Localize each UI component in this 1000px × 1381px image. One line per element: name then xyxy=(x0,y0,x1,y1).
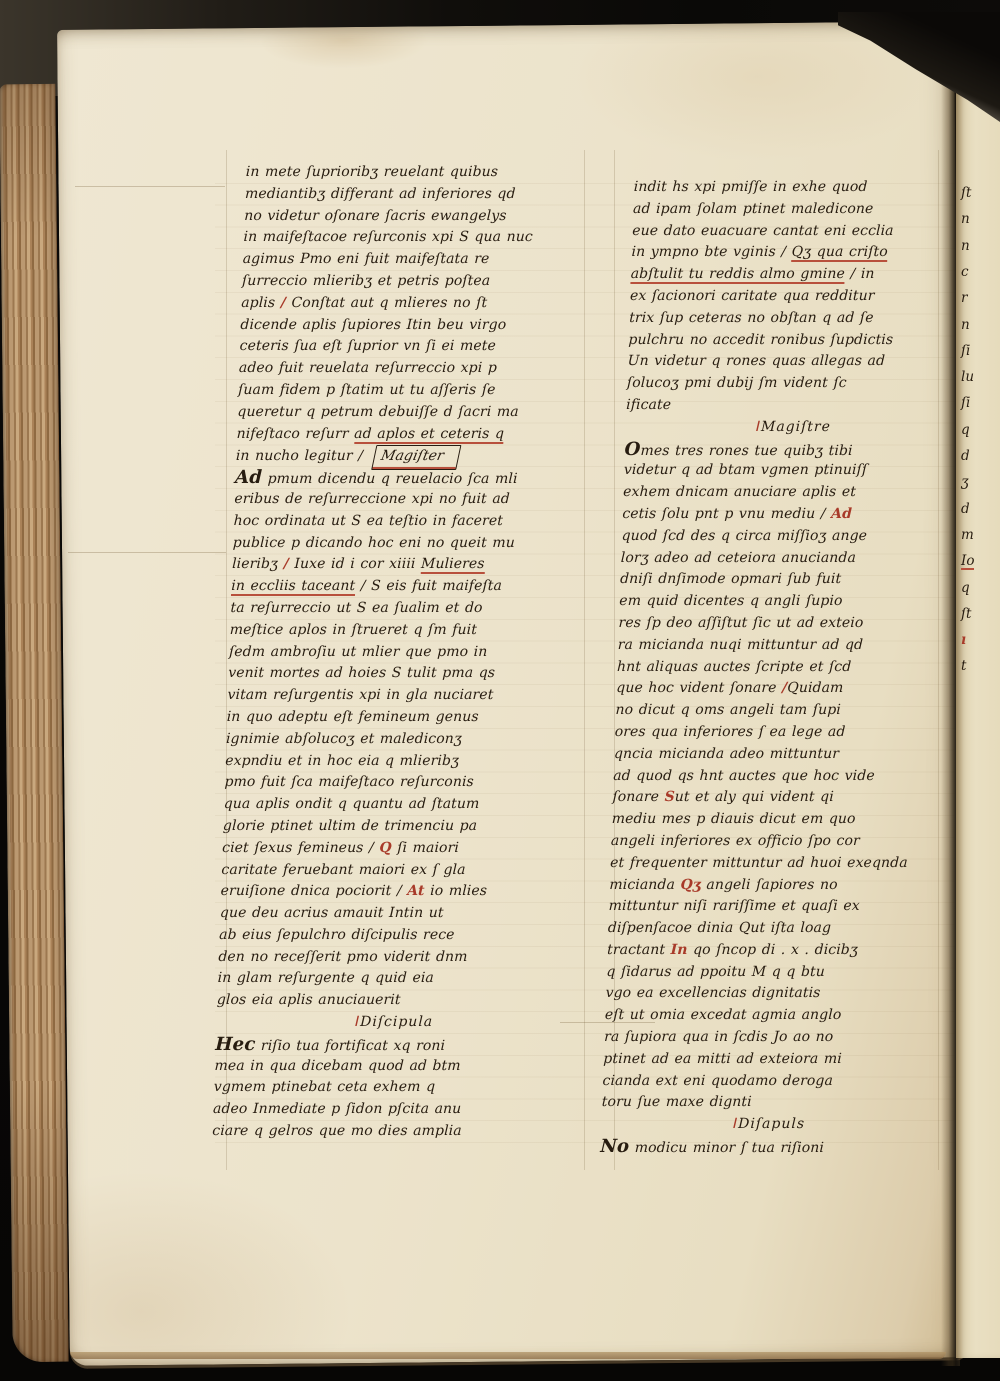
facing-page-text-fragment: r xyxy=(961,291,967,305)
manuscript-line: vitam reſurgentis xpi in gla nuciaret xyxy=(227,685,584,707)
manuscript-line: micianda Qʒ angeli ſapiores no xyxy=(609,875,946,897)
manuscript-line: Omes tres rones tue quibʒ tibi xyxy=(624,439,961,461)
manuscript-line: q ſidarus ad ppoitu M q q btu xyxy=(606,962,943,984)
manuscript-line: trix ſup ceteras no obſtan q ad ſe xyxy=(629,308,966,330)
manuscript-line: agimus Pmo eni fuit maifeſtata re xyxy=(242,249,599,271)
manuscript-line: ſonare Sut et aly qui vident qi xyxy=(612,787,949,809)
manuscript-line: caritate feruebant maiori ex ſ gla xyxy=(221,860,578,882)
facing-page-text-fragment: c xyxy=(961,265,969,279)
manuscript-line: ad quod qs hnt auctes que hoc vide xyxy=(613,766,950,788)
left-column: in mete ſuprioribʒ reuelant quibusmedian… xyxy=(212,162,602,1143)
manuscript-line: queretur q petrum debuiſſe d ſacri ma xyxy=(237,402,594,424)
manuscript-line: in ympno bte vginis / Qʒ qua criſto xyxy=(631,242,968,264)
manuscript-line: cianda ext eni quodamo deroga xyxy=(602,1071,939,1093)
manuscript-line: mediantibʒ differant ad inferiores qd xyxy=(245,184,602,206)
manuscript-line: em quid dicentes q angli ſupio xyxy=(619,591,956,613)
manuscript-line: dniſi dnſimode opmari ſub fuit xyxy=(620,569,957,591)
facing-page-text-fragment: m xyxy=(961,528,974,542)
manuscript-line: in nucho legitur / Magiſter xyxy=(235,445,592,467)
facing-page-text-fragment: q xyxy=(961,423,970,437)
manuscript-line: no dicut q oms angeli tam ſupi xyxy=(615,700,952,722)
manuscript-line: ad ipam ſolam ptinet maledicone xyxy=(633,199,970,221)
margin-ruling-line xyxy=(68,552,226,553)
manuscript-line: Hec riſio tua fortificat xq roni xyxy=(215,1034,572,1056)
facing-page-text-fragment: ı xyxy=(961,633,966,647)
manuscript-line: hoc ordinata ut S ea teſtio in faceret xyxy=(233,511,590,533)
manuscript-line: mea in qua dicebam quod ad btm xyxy=(214,1056,571,1078)
facing-page-text-fragment: d xyxy=(961,502,970,516)
manuscript-line: pulchru no accedit ronibus ſupdictis xyxy=(628,330,965,352)
manuscript-line: in maifeſtacoe reſurconis xpi S qua nuc xyxy=(243,227,600,249)
facing-page-text-fragment: ʒ xyxy=(961,475,969,489)
manuscript-line: cetis ſolu pnt p vnu mediu / Ad xyxy=(622,504,959,526)
facing-page-text-fragment: n xyxy=(961,318,970,332)
manuscript-line: ab eius ſepulchro diſcipulis rece xyxy=(219,925,576,947)
manuscript-line: venit mortes ad hoies S tulit pma qs xyxy=(228,663,585,685)
right-column: indit hs xpi pmiſſe in exhe quodad ipam … xyxy=(600,177,970,1158)
manuscript-line: pmo fuit ſca maifeſtaco reſurconis xyxy=(224,772,581,794)
manuscript-line: tractant In qo ſncop di . x . dicibʒ xyxy=(607,940,944,962)
manuscript-line: ta reſurreccio ut S ea ſualim et do xyxy=(230,598,587,620)
facing-page-text-fragment: Io xyxy=(961,554,974,570)
manuscript-line: in quo adeptu eſt femineum genus xyxy=(226,707,583,729)
manuscript-line: expndiu et in hoc eia q mlieribʒ xyxy=(225,751,582,773)
manuscript-line: toru ſue maxe dignti xyxy=(601,1092,938,1114)
manuscript-line: qncia micianda adeo mittuntur xyxy=(614,744,951,766)
manuscript-line: ciet ſexus femineus / Q ſi maiori xyxy=(222,838,579,860)
manuscript-line: ſolucoʒ pmi dubij ſm vident ſc xyxy=(627,373,964,395)
manuscript-line: videtur q ad btam vgmen ptinuiſſ xyxy=(623,460,960,482)
manuscript-line: no videtur oſonare ſacris ewangelys xyxy=(244,206,601,228)
book-fore-edge-stack xyxy=(0,84,69,1363)
manuscript-line: ſurreccio mlieribʒ et petris poſtea xyxy=(242,271,599,293)
manuscript-line: eribus de reſurreccione xpi no fuit ad xyxy=(234,489,591,511)
manuscript-line: res ſp deo aſſiſtut ſic ut ad exteio xyxy=(618,613,955,635)
manuscript-line: aplis / Conſtat aut q mlieres no ſt xyxy=(241,293,598,315)
manuscript-line: ificate xyxy=(626,395,963,417)
manuscript-line: quod ſcd des q circa miſſioʒ ange xyxy=(621,526,958,548)
section-header-magister: ǀMagiſtre xyxy=(625,417,962,439)
manuscript-line: in mete ſuprioribʒ reuelant quibus xyxy=(245,162,602,184)
manuscript-line: ciare q gelros que mo dies amplia xyxy=(212,1121,569,1143)
manuscript-line: mittuntur niſi rariſſime et quaſi ex xyxy=(608,896,945,918)
manuscript-line: den no receſſerit pmo viderit dnm xyxy=(218,947,575,969)
manuscript-line: que deu acrius amauit Intin ut xyxy=(219,903,576,925)
manuscript-line: ceteris ſua eſt ſuprior vn ſi ei mete xyxy=(239,336,596,358)
manuscript-line: eſt ut omia excedat agmia anglo xyxy=(604,1005,941,1027)
manuscript-line: adeo fuit reuelata reſurreccio xpi p xyxy=(239,358,596,380)
manuscript-line: eruiſione dnica pociorit / At io mlies xyxy=(220,881,577,903)
facing-page-text-fragment: n xyxy=(961,239,970,253)
facing-page-text-fragment: t xyxy=(961,659,966,673)
page-bottom-edge xyxy=(70,1352,946,1359)
manuscript-line: vgo ea excellencias dignitatis xyxy=(605,983,942,1005)
boxed-heading-magister: Magiſter xyxy=(371,445,461,470)
manuscript-line: mediu mes p diauis dicut em quo xyxy=(611,809,948,831)
margin-ruling-line xyxy=(75,186,225,187)
manuscript-line: Ad pmum dicendu q reuelacio ſca mli xyxy=(235,467,592,489)
manuscript-line: abſtulit tu reddis almo gmine / in xyxy=(630,264,967,286)
manuscript-line: nifeſtaco reſurr ad aplos et ceteris q xyxy=(236,424,593,446)
manuscript-line: meſtice aplos in ſtrueret q ſm fuit xyxy=(229,620,586,642)
manuscript-line: ptinet ad ea mitti ad exteiora mi xyxy=(603,1049,940,1071)
manuscript-line: in glam reſurgente q quid eia xyxy=(217,968,574,990)
manuscript-line: que hoc vident ſonare /Quidam xyxy=(616,678,953,700)
manuscript-line: adeo Inmediate p ſidon pſcita anu xyxy=(213,1099,570,1121)
manuscript-line: ſedm ambroſiu ut mlier que pmo in xyxy=(229,642,586,664)
manuscript-line: in eccliis taceant / S eis fuit maifeſta xyxy=(231,576,588,598)
manuscript-line: ignimie abſolucoʒ et malediconʒ xyxy=(226,729,583,751)
manuscript-line: publice p dicando hoc eni no queit mu xyxy=(232,533,589,555)
manuscript-line: lorʒ adeo ad ceteiora anucianda xyxy=(620,548,957,570)
manuscript-line: ra ſupiora qua in ſcdis Jo ao no xyxy=(604,1027,941,1049)
manuscript-line: glorie ptinet ultim de trimenciu pa xyxy=(223,816,580,838)
section-header-discipulus-right: ǀDiſapuls xyxy=(601,1114,938,1136)
manuscript-line: lieribʒ / Iuxe id i cor xiiii Mulieres xyxy=(232,554,589,576)
manuscript-line: Un videtur q rones quas allegas ad xyxy=(627,351,964,373)
facing-page-text-fragment: ſi xyxy=(961,396,970,410)
facing-page-text-fragment: lu xyxy=(961,370,974,384)
manuscript-line: dicende aplis ſupiores Itin beu virgo xyxy=(240,315,597,337)
manuscript-line: angeli inferiores ex officio ſpo cor xyxy=(611,831,948,853)
manuscript-line: glos eia aplis anuciauerit xyxy=(216,990,573,1012)
manuscript-line: hnt aliquas auctes ſcripte et ſcd xyxy=(617,657,954,679)
facing-page-text-fragment: ſt xyxy=(961,186,971,200)
manuscript-line: ex ſacionori caritate qua redditur xyxy=(630,286,967,308)
manuscript-line: vgmem ptinebat ceta exhem q xyxy=(213,1077,570,1099)
manuscript-line: ra micianda nuqi mittuntur ad qd xyxy=(617,635,954,657)
section-header-discipulus-left: ǀDiſcipula xyxy=(216,1012,573,1034)
manuscript-line: qua aplis ondit q quantu ad ſtatum xyxy=(223,794,580,816)
manuscript-line: ores qua inferiores ſ ea lege ad xyxy=(614,722,951,744)
manuscript-photo: in mete ſuprioribʒ reuelant quibusmedian… xyxy=(0,0,1000,1381)
manuscript-line: exhem dnicam anuciare aplis et xyxy=(623,482,960,504)
manuscript-line: diſpenſacoe dinia Qut iſta loag xyxy=(607,918,944,940)
manuscript-line: eue dato euacuare cantat eni ecclia xyxy=(632,221,969,243)
facing-page-text-fragment: q xyxy=(961,581,970,595)
manuscript-line: et frequenter mittuntur ad huoi exeqnda xyxy=(610,853,947,875)
facing-page-text-fragment: ſt xyxy=(961,607,971,621)
facing-page-sliver: ſtnncrnſiluſiqdʒdmIoqſtıt xyxy=(956,24,1000,1358)
facing-page-text-fragment: d xyxy=(961,449,970,463)
facing-page-text-fragment: n xyxy=(961,212,970,226)
facing-page-text-fragment: ſi xyxy=(961,344,970,358)
manuscript-line: indit hs xpi pmiſſe in exhe quod xyxy=(633,177,970,199)
manuscript-line: No modicu minor ſ tua riſioni xyxy=(600,1136,937,1158)
manuscript-line: ſuam fidem p ſtatim ut tu aſſeris ſe xyxy=(238,380,595,402)
